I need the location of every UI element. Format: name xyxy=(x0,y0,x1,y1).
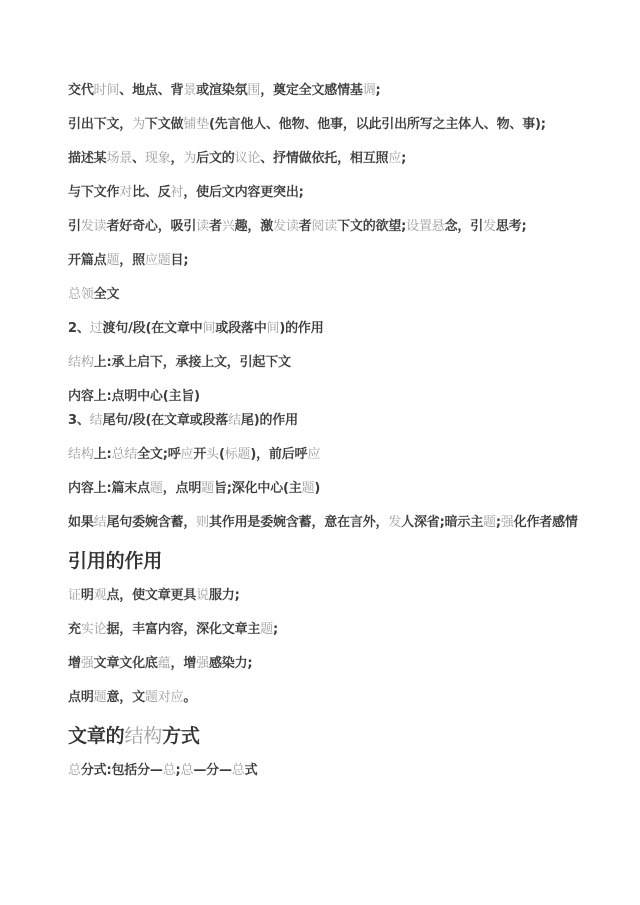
light-char: 读 xyxy=(324,219,337,234)
paragraph: 增强文章文化底蕴，增强感染力; xyxy=(68,654,600,674)
light-char: 结 xyxy=(68,355,81,370)
light-char: 说 xyxy=(196,588,209,603)
section-heading: 引用的作用 xyxy=(68,547,600,575)
light-char: 总 xyxy=(163,763,176,778)
light-char: 题 xyxy=(106,253,119,268)
light-char: 题 xyxy=(150,481,163,496)
light-char: 应 xyxy=(307,447,320,462)
light-char: 读 xyxy=(286,219,299,234)
paragraph: 内容上:篇末点题，点明题旨;深化中心(主题) xyxy=(68,479,600,499)
light-char: 景 xyxy=(119,151,132,166)
light-char: 题 xyxy=(302,481,315,496)
light-char: 发 xyxy=(81,219,94,234)
light-char: 对 xyxy=(119,185,132,200)
light-char: 题 xyxy=(158,253,171,268)
light-char: 悬 xyxy=(432,219,445,234)
document-page: 交代时间、地点、背景或渲染氛围，奠定全文感情基调;引出下文，为下文做铺垫(先言他… xyxy=(0,0,640,905)
light-char: 垫 xyxy=(196,117,209,132)
paragraph: 总分式:包括分—总;总—分—总式 xyxy=(68,761,600,781)
light-char: 衬 xyxy=(171,185,184,200)
light-char: 头 xyxy=(206,447,219,462)
light-char: 强 xyxy=(81,656,94,671)
paragraph: 点明题意，文题对应。 xyxy=(68,688,600,708)
light-char: 设 xyxy=(406,219,419,234)
light-char: 总 xyxy=(181,763,194,778)
light-char: 围 xyxy=(247,83,260,98)
light-char: 题 xyxy=(94,690,107,705)
light-char: 题 xyxy=(238,447,251,462)
paragraph: 引出下文，为下文做铺垫(先言他人、他物、他事，以此引出所写之主体人、物、事); xyxy=(68,115,600,135)
paragraph: 如果结尾句委婉含蓄，则其作用是委婉含蓄，意在言外，发人深省;暗示主题;强化作者感… xyxy=(68,513,600,533)
light-char: 应 xyxy=(181,447,194,462)
light-char: 构 xyxy=(143,725,162,747)
section-heading: 文章的结构方式 xyxy=(68,722,600,750)
light-char: 结 xyxy=(90,413,103,428)
light-char: 现 xyxy=(145,151,158,166)
paragraph: 证明观点，使文章更具说服力; xyxy=(68,586,600,606)
light-char: 观 xyxy=(94,588,107,603)
article-body: 交代时间、地点、背景或渲染氛围，奠定全文感情基调;引出下文，为下文做铺垫(先言他… xyxy=(68,81,600,781)
light-char: 发 xyxy=(273,219,286,234)
light-char: 发 xyxy=(483,219,496,234)
light-char: 总 xyxy=(68,287,81,302)
light-char: 强 xyxy=(196,656,209,671)
paragraph: 3、结尾句/段(在文章或段落结尾)的作用 xyxy=(68,411,600,431)
light-char: 构 xyxy=(81,355,94,370)
light-char: 结 xyxy=(94,515,107,530)
light-char: 读 xyxy=(94,219,107,234)
light-char: 对 xyxy=(158,690,171,705)
light-char: 应 xyxy=(145,253,158,268)
paragraph: 结构上:承上启下，承接上文，引起下文 xyxy=(68,353,600,373)
light-char: 为 xyxy=(183,151,196,166)
light-char: 场 xyxy=(106,151,119,166)
light-char: 读 xyxy=(196,219,209,234)
light-char: 结 xyxy=(124,447,137,462)
light-char: 间 xyxy=(202,321,215,336)
light-char: 总 xyxy=(68,763,81,778)
light-char: 论 xyxy=(94,622,107,637)
light-char: 阅 xyxy=(311,219,324,234)
light-char: 景 xyxy=(183,83,196,98)
paragraph: 结构上:总结全文;呼应开头(标题)，前后呼应 xyxy=(68,445,600,465)
light-char: 蕴 xyxy=(158,656,171,671)
light-char: 总 xyxy=(232,763,245,778)
light-char: 结 xyxy=(124,725,143,747)
paragraph: 描述某场景、现象，为后文的议论、抒情做依托，相互照应; xyxy=(68,149,600,169)
light-char: 间 xyxy=(106,83,119,98)
light-char: 过 xyxy=(90,321,103,336)
light-char: 置 xyxy=(419,219,432,234)
light-char: 题 xyxy=(145,690,158,705)
paragraph: 充实论据，丰富内容，深化文章主题; xyxy=(68,620,600,640)
light-char: 间 xyxy=(267,321,280,336)
light-char: 铺 xyxy=(183,117,196,132)
paragraph: 引发读者好奇心，吸引读者兴趣，激发读者阅读下文的欲望;设置悬念，引发思考; xyxy=(68,217,600,237)
light-char: 结 xyxy=(228,413,241,428)
paragraph: 与下文作对比、反衬，使后文内容更突出; xyxy=(68,183,600,203)
light-char: 发 xyxy=(388,515,401,530)
light-char: 实 xyxy=(81,622,94,637)
light-char: 领 xyxy=(81,287,94,302)
paragraph: 2、过渡句/段(在文章中间或段落中间)的作用 xyxy=(68,319,600,339)
light-char: 议 xyxy=(235,151,248,166)
paragraph: 内容上:点明中心(主旨) xyxy=(68,387,600,407)
light-char: 则 xyxy=(196,515,209,530)
paragraph: 开篇点题，照应题目; xyxy=(68,251,600,271)
light-char: 象 xyxy=(158,151,171,166)
light-char: 结 xyxy=(68,447,81,462)
paragraph: 交代时间、地点、背景或渲染氛围，奠定全文感情基调; xyxy=(68,81,600,101)
light-char: 证 xyxy=(68,588,81,603)
paragraph: 总领全文 xyxy=(68,285,600,305)
light-char: 强 xyxy=(501,515,514,530)
light-char: 论 xyxy=(247,151,260,166)
light-char: 构 xyxy=(81,447,94,462)
light-char: 应 xyxy=(171,690,184,705)
light-char: 标 xyxy=(225,447,238,462)
light-char: 为 xyxy=(132,117,145,132)
light-char: 题 xyxy=(483,515,496,530)
light-char: 题 xyxy=(260,622,273,637)
light-char: 题 xyxy=(201,481,214,496)
light-char: 应 xyxy=(388,151,401,166)
light-char: 调 xyxy=(363,83,376,98)
light-char: 总 xyxy=(111,447,124,462)
light-char: 兴 xyxy=(222,219,235,234)
light-char: 时 xyxy=(94,83,107,98)
